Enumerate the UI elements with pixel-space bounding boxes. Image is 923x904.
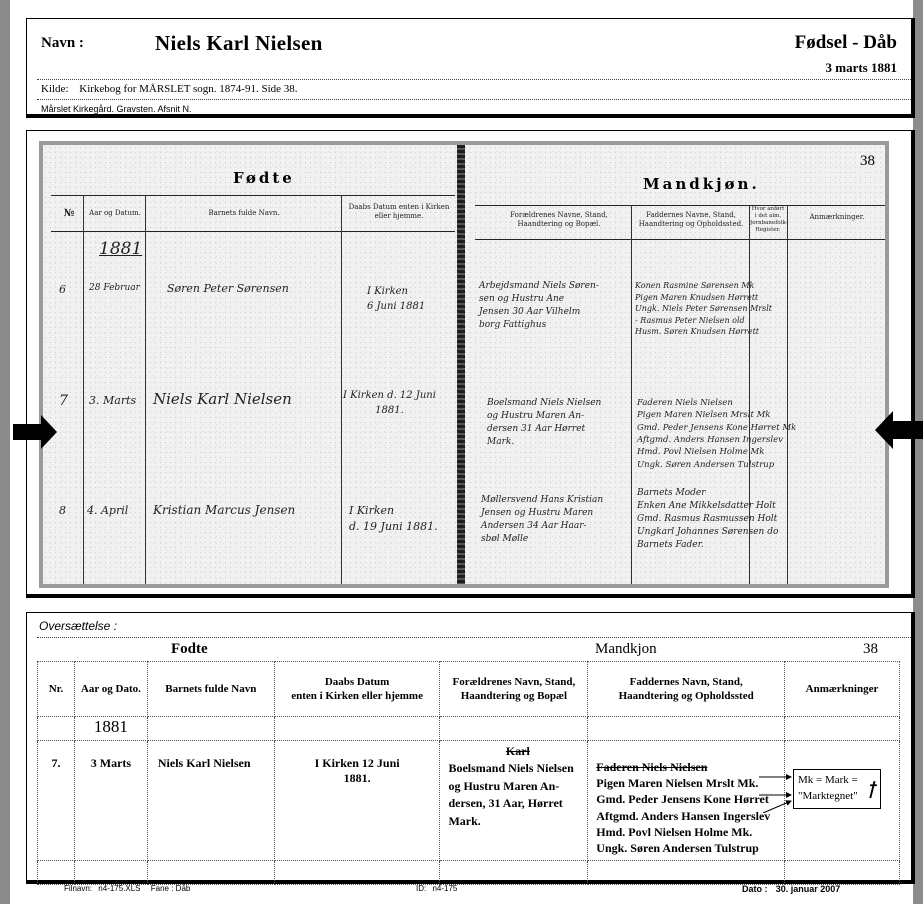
scan-panel: 38 Fødte Mandkjøn. № Aar og Datum. Barne… <box>26 130 915 598</box>
baptism-line-2: 1881. <box>275 772 440 784</box>
scan-row-6-date: 28 Februar <box>89 282 140 295</box>
id-label: ID: <box>416 884 426 893</box>
cell <box>274 717 440 741</box>
scan-row-8-parents: Møllersvend Hans Kristian Jensen og Hust… <box>481 494 603 546</box>
rule <box>145 195 146 584</box>
translation-page-number: 38 <box>863 641 878 658</box>
entry-baptism: I Kirken 12 Juni 1881. <box>274 741 440 861</box>
church-book-scan: 38 Fødte Mandkjøn. № Aar og Datum. Barne… <box>39 141 889 588</box>
col-header-nr: Nr. <box>38 662 75 717</box>
godparent-line: Pigen Maren Nielsen Mrslt Mk. <box>596 775 784 791</box>
col-header-godparents: Faddernes Navn, Stand, Haandtering og Op… <box>588 662 785 717</box>
record-type: Fødsel - Dåb <box>795 32 897 54</box>
col-header-baptism: Daabs Datum enten i Kirken eller hjemme <box>274 662 440 717</box>
cell <box>147 717 274 741</box>
person-name: Niels Karl Nielsen <box>155 31 323 56</box>
parents-struck: Karl <box>448 743 587 760</box>
scan-col-nr: № <box>55 208 83 221</box>
scan-col-register: Hvor anført i det alm. Jernbanefolk-Regi… <box>750 206 786 234</box>
table-header-row: Nr. Aar og Dato. Barnets fulde Navn Daab… <box>38 662 900 717</box>
annotation-arrows <box>757 763 797 813</box>
cell <box>274 861 440 885</box>
scan-row-7-child: Niels Karl Nielsen <box>153 389 292 411</box>
mark-sign-icon: ꝉ <box>866 776 875 808</box>
translation-panel: Oversættelse : Fodte Mandkjon 38 Nr. Aar… <box>26 612 915 884</box>
parents-line: og Hustru Maren An- <box>448 778 587 795</box>
scan-row-8-baptism: I Kirken d. 19 Juni 1881. <box>349 503 438 535</box>
rule <box>83 195 84 584</box>
grave-note: Mårslet Kirkegård. Gravsten. Afsnit N. <box>41 104 192 114</box>
cell <box>147 861 274 885</box>
record-header: Navn : Niels Karl Nielsen Fødsel - Dåb 3… <box>26 18 915 118</box>
scan-row-7-nr: 7 <box>59 391 68 411</box>
cell: 1881 <box>74 717 147 741</box>
year-value: 1881 <box>75 717 147 737</box>
arrow-right-icon <box>13 415 59 449</box>
rule <box>631 205 632 584</box>
filename-value: n4-175.XLS <box>98 884 140 893</box>
scan-row-6-child: Søren Peter Sørensen <box>167 281 289 297</box>
godparent-line: Hmd. Povl Nielsen Holme Mk. <box>596 824 784 840</box>
scan-row-6-baptism: I Kirken 6 Juni 1881 <box>367 285 425 314</box>
source-line: Kilde: Kirkebog for MÅRSLET sogn. 1874-9… <box>41 83 298 95</box>
book-spine <box>457 145 465 584</box>
scan-row-8-date: 4. April <box>87 503 128 519</box>
cell <box>588 717 785 741</box>
scan-row-7-baptism: I Kirken d. 12 Juni 1881. <box>343 389 436 418</box>
cell <box>74 861 147 885</box>
arrow-left-icon <box>875 411 923 449</box>
entry-child: Niels Karl Nielsen <box>147 741 274 861</box>
scan-row-6-nr: 6 <box>59 282 66 298</box>
cell <box>440 861 588 885</box>
entry-date: 3 Marts <box>74 741 147 861</box>
annotation-note: Mk = Mark = "Marktegnet" ꝉ <box>793 769 881 809</box>
scan-row-8-nr: 8 <box>59 503 66 519</box>
scan-col-notes: Anmærkninger. <box>789 213 885 222</box>
divider <box>37 79 911 80</box>
scan-col-godparents: Faddernes Navne, Stand, Haandtering og O… <box>633 211 749 229</box>
table-row-empty <box>38 861 900 885</box>
rule <box>51 231 455 232</box>
cell <box>785 717 900 741</box>
note-line-2: "Marktegnet" <box>798 789 876 805</box>
section-right-title: Mandkjon <box>595 641 657 658</box>
col-header-parents: Forældrenes Navn, Stand, Haandtering og … <box>440 662 588 717</box>
footer-id: ID: n4-175 <box>416 884 457 893</box>
scan-col-date: Aar og Datum. <box>85 209 145 218</box>
note-line-1: Mk = Mark = <box>798 773 876 789</box>
cell <box>38 861 75 885</box>
entry-parents: Karl Boelsmand Niels Nielsen og Hustru M… <box>440 741 588 861</box>
col-header-date: Aar og Dato. <box>74 662 147 717</box>
date-label: Dato : <box>742 884 768 894</box>
scan-row-8-child: Kristian Marcus Jensen <box>153 502 295 519</box>
parents-line: Mark. <box>448 813 587 830</box>
entry-nr: 7. <box>38 741 75 861</box>
id-value: n4-175 <box>432 884 457 893</box>
godparent-line: Ungk. Søren Andersen Tulstrup <box>596 840 784 856</box>
col-header-notes: Anmærkninger <box>785 662 900 717</box>
source-label: Kilde: <box>41 83 69 95</box>
footer-filename: Filnavn: n4-175.XLS Fane : Dåb <box>64 884 190 893</box>
parents-line: dersen, 31 Aar, Hørret <box>448 795 587 812</box>
scan-page-number: 38 <box>860 153 875 170</box>
sheet-value: Dåb <box>176 884 191 893</box>
scan-row-6-godparents: Konen Rasmine Sørensen Mk Pigen Maren Kn… <box>635 280 772 338</box>
scan-col-child: Barnets fulde Navn. <box>147 209 341 218</box>
scan-row-8-godparents: Barnets Moder Enken Ane Mikkelsdatter Ho… <box>637 487 778 552</box>
record-date: 3 marts 1881 <box>826 60 898 76</box>
entry-godparents: Faderen Niels Nielsen Pigen Maren Nielse… <box>588 741 785 861</box>
cell <box>38 717 75 741</box>
scan-year: 1881 <box>99 237 142 262</box>
filename-label: Filnavn: <box>64 884 92 893</box>
cell <box>440 717 588 741</box>
rule <box>787 205 788 584</box>
cell <box>588 861 785 885</box>
godparent-line: Aftgmd. Anders Hansen Ingerslev <box>596 808 784 824</box>
scan-row-7-date: 3. Marts <box>89 393 136 409</box>
godparent-line: Gmd. Peder Jensens Kone Hørret <box>596 791 784 807</box>
section-left-title: Fodte <box>171 641 208 658</box>
year-row: 1881 <box>38 717 900 741</box>
scan-title-right: Mandkjøn. <box>643 175 760 193</box>
footer-date: Dato : 30. januar 2007 <box>742 884 840 894</box>
name-label: Navn : <box>41 35 84 52</box>
date-value: 30. januar 2007 <box>776 884 841 894</box>
rule <box>475 205 885 206</box>
parents-line: Boelsmand Niels Nielsen <box>448 760 587 777</box>
rule <box>341 195 342 584</box>
rule <box>475 239 885 240</box>
source-value: Kirkebog for MÅRSLET sogn. 1874-91. Side… <box>79 83 297 95</box>
rule <box>51 195 455 196</box>
scan-row-7-godparents: Faderen Niels Nielsen Pigen Maren Nielse… <box>637 397 796 471</box>
cell <box>785 861 900 885</box>
sheet-label: Fane : <box>151 884 174 893</box>
scan-row-7-parents: Boelsmand Niels Nielsen og Hustru Maren … <box>487 397 601 449</box>
scan-title-left: Fødte <box>233 169 295 187</box>
scan-col-baptism: Daabs Datum enten i Kirken eller hjemme. <box>343 203 455 221</box>
page: Navn : Niels Karl Nielsen Fødsel - Dåb 3… <box>10 0 913 904</box>
col-header-child: Barnets fulde Navn <box>147 662 274 717</box>
scan-row-6-parents: Arbejdsmand Niels Søren- sen og Hustru A… <box>479 280 599 332</box>
translation-label: Oversættelse : <box>39 619 117 633</box>
baptism-line-1: I Kirken 12 Juni <box>275 755 440 772</box>
godparents-struck: Faderen Niels Nielsen <box>596 759 784 775</box>
scan-col-parents: Forældrenes Navne, Stand, Haandtering og… <box>489 211 629 229</box>
divider <box>37 99 911 100</box>
divider <box>37 637 911 638</box>
